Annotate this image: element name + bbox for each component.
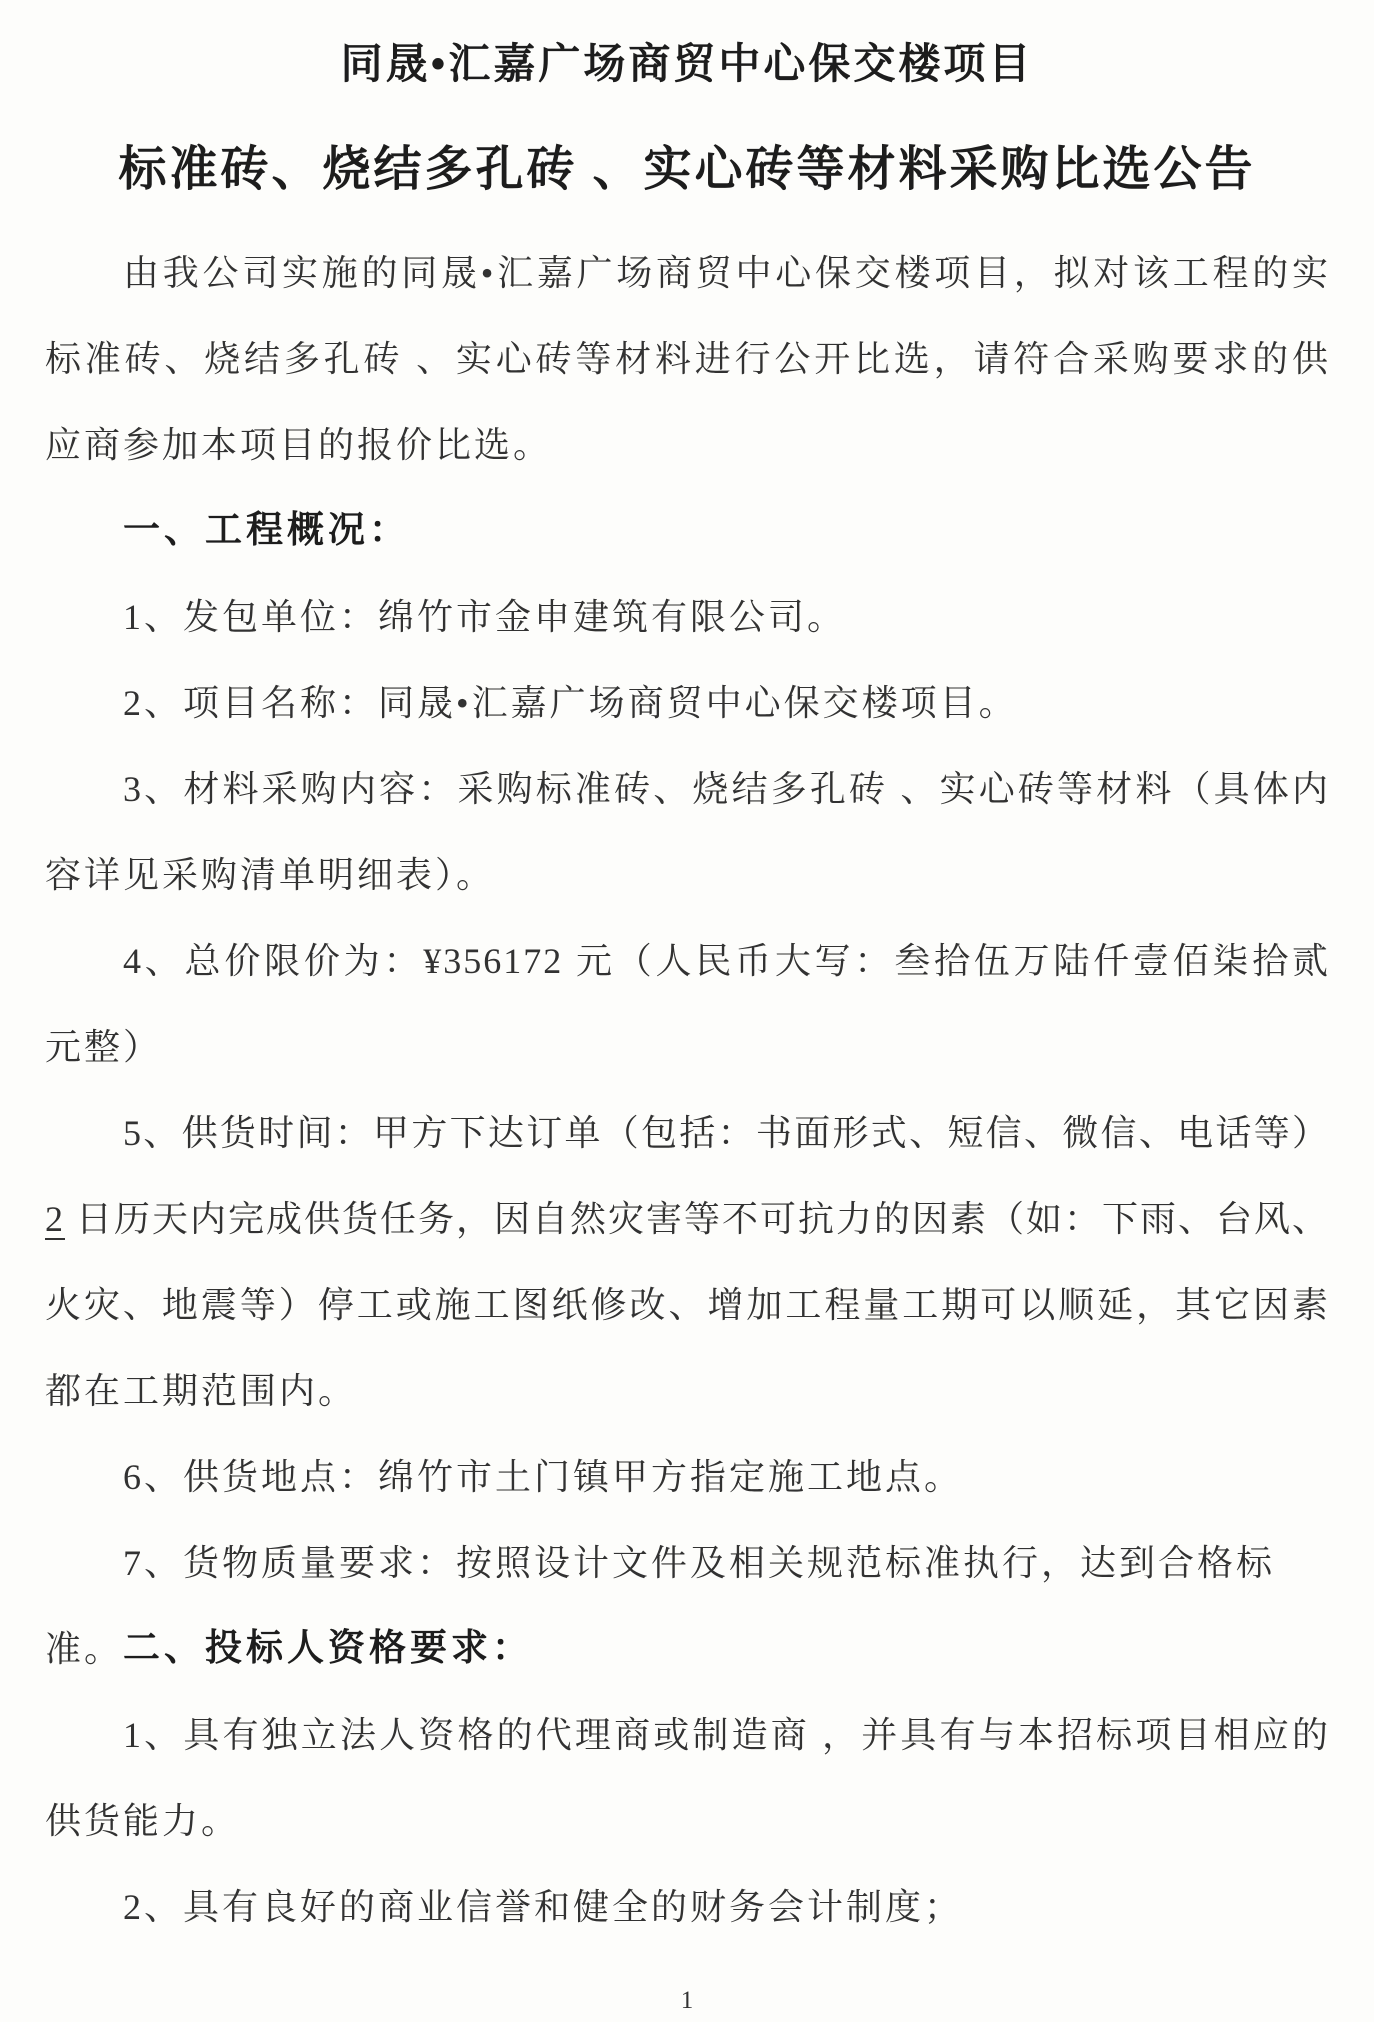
section-1-item-5-line-2: 2 日历天内完成供货任务，因自然灾害等不可抗力的因素（如：下雨、台风、 <box>45 1176 1330 1262</box>
section-1-item-5-line-4: 都在工期范围内。 <box>45 1348 1330 1434</box>
section-1-item-5-line-1: 5、供货时间：甲方下达订单（包括：书面形式、短信、微信、电话等） <box>45 1090 1330 1176</box>
section-2-item-1-line-1: 1、具有独立法人资格的代理商或制造商 ，并具有与本招标项目相应的 <box>45 1692 1330 1778</box>
document-body: 由我公司实施的同晟•汇嘉广场商贸中心保交楼项目，拟对该工程的实 标准砖、烧结多孔… <box>45 230 1330 1950</box>
section-1-heading: 一、工程概况： <box>45 488 1330 574</box>
section-1-item-4-line-2: 元整） <box>45 1004 1330 1090</box>
section-2-heading: 二、投标人资格要求： <box>45 1606 1330 1692</box>
page-number: 1 <box>0 1984 1374 2018</box>
intro-line-2: 标准砖、烧结多孔砖 、实心砖等材料进行公开比选，请符合采购要求的供 <box>45 316 1330 402</box>
intro-line-3: 应商参加本项目的报价比选。 <box>45 402 1330 488</box>
section-1-item-4-line-1: 4、总价限价为：¥356172 元（人民币大写：叁拾伍万陆仟壹佰柒拾贰 <box>45 918 1330 1004</box>
section-1-item-3-line-2: 容详见采购清单明细表）。 <box>45 832 1330 918</box>
section-1-item-7: 7、货物质量要求：按照设计文件及相关规范标准执行，达到合格标准。 <box>45 1520 1330 1606</box>
section-1-item-5-line-2-rest: 日历天内完成供货任务，因自然灾害等不可抗力的因素（如：下雨、台风、 <box>65 1199 1330 1239</box>
section-2-item-2: 2、具有良好的商业信誉和健全的财务会计制度； <box>45 1864 1330 1950</box>
document-title-announcement: 标准砖、烧结多孔砖 、实心砖等材料采购比选公告 <box>0 136 1374 204</box>
section-1-item-6: 6、供货地点：绵竹市土门镇甲方指定施工地点。 <box>45 1434 1330 1520</box>
intro-line-1: 由我公司实施的同晟•汇嘉广场商贸中心保交楼项目，拟对该工程的实 <box>45 230 1330 316</box>
document-page: 同晟•汇嘉广场商贸中心保交楼项目 标准砖、烧结多孔砖 、实心砖等材料采购比选公告… <box>0 0 1374 2022</box>
section-1-item-1: 1、发包单位：绵竹市金申建筑有限公司。 <box>45 574 1330 660</box>
section-1-item-2: 2、项目名称：同晟•汇嘉广场商贸中心保交楼项目。 <box>45 660 1330 746</box>
underlined-days-value: 2 <box>45 1199 65 1239</box>
section-1-item-5-line-3: 火灾、地震等）停工或施工图纸修改、增加工程量工期可以顺延，其它因素 <box>45 1262 1330 1348</box>
section-1-item-3-line-1: 3、材料采购内容：采购标准砖、烧结多孔砖 、实心砖等材料（具体内 <box>45 746 1330 832</box>
document-title-project: 同晟•汇嘉广场商贸中心保交楼项目 <box>0 33 1374 97</box>
section-2-item-1-line-2: 供货能力。 <box>45 1778 1330 1864</box>
